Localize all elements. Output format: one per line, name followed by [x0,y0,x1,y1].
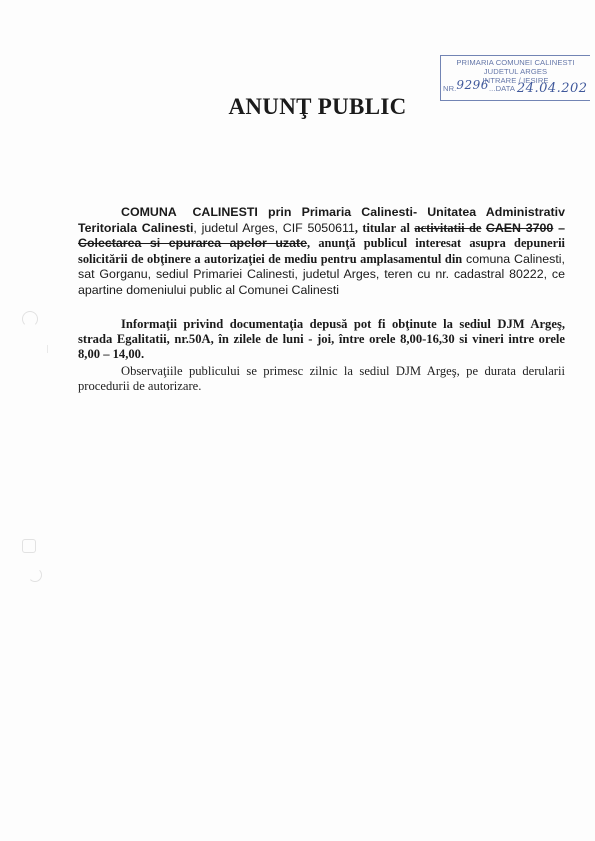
struck-activitatii: activitatii de [414,221,481,235]
information-paragraph: Informaţii privind documentaţia depusă p… [78,317,565,363]
scanned-document-page: PRIMARIA COMUNEI CALINESTI JUDETUL ARGES… [0,0,595,841]
text-dash: – [553,221,565,235]
stamp-dots: ... [489,84,496,93]
margin-mark [46,345,48,353]
text-titular: , titular al [355,221,410,235]
stamp-county: JUDETUL ARGES [441,67,590,76]
caen-code: CAEN 3700 [486,221,553,235]
activity-description: Colectarea si epurarea apelor uzate [78,236,307,250]
announcement-paragraph: COMUNA CALINESTI prin Primaria Calinesti… [78,205,565,299]
entity-name: COMUNA CALINESTI [121,205,258,219]
observations-paragraph: Observaţiile publicului se primesc zilni… [78,364,565,395]
document-title-text: ANUNŢ PUBLIC [228,94,406,119]
stamp-date-label: DATA [496,84,515,93]
margin-mark [28,568,42,582]
stamp-registration-number: 9296 [456,78,489,92]
text-prin: prin [268,205,291,219]
stamp-institution: PRIMARIA COMUNEI CALINESTI [441,58,590,67]
stamp-nr-label: NR. [443,84,456,93]
document-title: ANUNŢ PUBLIC [0,94,595,120]
stamp-registration-row: NR.9296...DATA 24.04.202 [443,83,588,93]
document-body: COMUNA CALINESTI prin Primaria Calinesti… [78,205,565,395]
margin-mark [22,539,36,553]
entity-location: , judetul Arges, CIF 5050611 [193,221,354,235]
margin-mark [22,311,38,327]
